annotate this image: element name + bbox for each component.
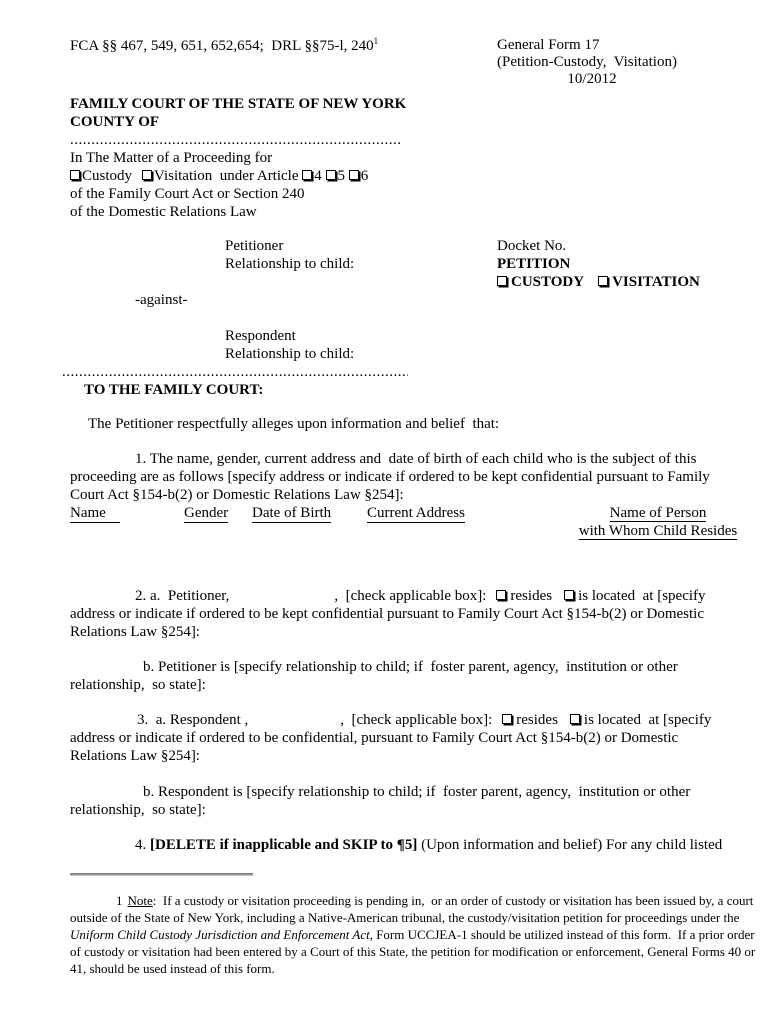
paragraph-1-line3: Court Act §154-b(2) or Domestic Relation… <box>70 486 738 504</box>
footnote-line2: outside of the State of New York, includ… <box>70 909 738 926</box>
petitioner-is-located-label: is located at [specify <box>578 588 705 604</box>
paragraph-3a-lead: 3. a. Respondent , <box>137 712 248 728</box>
petition-visitation-checkbox-icon[interactable] <box>598 276 608 286</box>
footnote-line1: 1Note: If a custody or visitation procee… <box>70 892 738 909</box>
paragraph-4-rest: (Upon information and belief) For any ch… <box>417 837 722 853</box>
footnote-reference: 1 <box>374 36 379 46</box>
custody-option-label: Custody <box>82 168 132 184</box>
paragraph-4-line1: 4. [DELETE if inapplicable and SKIP to ¶… <box>70 836 738 854</box>
visitation-checkbox-icon[interactable] <box>142 170 152 180</box>
footnote-note-label: Note <box>128 893 153 908</box>
child-table-header: Name Gender Date of Birth Current Addres… <box>70 504 738 540</box>
visitation-option-label: Visitation <box>154 168 212 184</box>
matter-line4: of the Domestic Relations Law <box>70 203 738 221</box>
against-label: -against- <box>135 291 187 309</box>
respondent-relationship-label: Relationship to child: <box>225 345 354 363</box>
paragraph-2a: 2. a. Petitioner,, [check applicable box… <box>70 587 738 641</box>
footnote-line1-rest: : If a custody or visitation proceeding … <box>153 893 754 908</box>
petitioner-is-located-checkbox-icon[interactable] <box>564 590 574 600</box>
paragraph-2a-lead: 2. a. Petitioner, <box>135 588 229 604</box>
article-6-checkbox-icon[interactable] <box>349 170 359 180</box>
petition-custody-checkbox-icon[interactable] <box>497 276 507 286</box>
form-identification: General Form 17 (Petition-Custody, Visit… <box>497 37 687 88</box>
paragraph-3a-line1: 3. a. Respondent ,, [check applicable bo… <box>70 711 738 729</box>
paragraph-2b: b. Petitioner is [specify relationship t… <box>70 658 738 694</box>
docket-no-label: Docket No. <box>497 237 566 255</box>
footnote-line3: Uniform Child Custody Jurisdiction and E… <box>70 926 738 943</box>
paragraph-3b-line1: b. Respondent is [specify relationship t… <box>70 783 738 801</box>
article-4-checkbox-icon[interactable] <box>302 170 312 180</box>
statute-citations-text: FCA §§ 467, 549, 651, 652,654; DRL §§75-… <box>70 38 374 54</box>
article-4-label: 4 <box>314 168 322 184</box>
footnote-line3-rest: Form UCCJEA-1 should be utilized instead… <box>373 927 755 942</box>
footnote-number: 1 <box>116 893 123 908</box>
custody-checkbox-icon[interactable] <box>70 170 80 180</box>
petition-custody-label: CUSTODY <box>511 274 584 290</box>
paragraph-4-bold-instruction: [DELETE if inapplicable and SKIP to ¶5] <box>150 837 417 853</box>
petitioner-resides-label: resides <box>510 588 552 604</box>
respondent-resides-label: resides <box>516 712 558 728</box>
form-subtitle: (Petition-Custody, Visitation) <box>497 54 687 71</box>
paragraph-2b-line1: b. Petitioner is [specify relationship t… <box>70 658 738 676</box>
footnote-divider <box>70 873 253 876</box>
footnote-act-title: Uniform Child Custody Jurisdiction and E… <box>70 927 373 942</box>
column-date-of-birth: Date of Birth <box>252 504 331 523</box>
petitioner-label: Petitioner <box>225 237 283 255</box>
paragraph-3a-after-blank: , [check applicable box]: <box>340 712 492 728</box>
form-content: FCA §§ 467, 549, 651, 652,654; DRL §§75-… <box>70 37 738 977</box>
petition-label: PETITION <box>497 255 570 273</box>
matter-line3: of the Family Court Act or Section 240 <box>70 185 738 203</box>
alleges-line: The Petitioner respectfully alleges upon… <box>88 415 738 433</box>
article-5-checkbox-icon[interactable] <box>326 170 336 180</box>
respondent-label: Respondent <box>225 327 296 345</box>
paragraph-1-line1: 1. The name, gender, current address and… <box>70 450 738 468</box>
paragraph-3b-line2: relationship, so state]: <box>70 801 738 819</box>
form-number: General Form 17 <box>497 37 687 54</box>
statute-citations: FCA §§ 467, 549, 651, 652,654; DRL §§75-… <box>70 37 378 55</box>
paragraph-3a-line3: Relations Law §254]: <box>70 747 738 765</box>
caption-block: Petitioner Relationship to child: Docket… <box>70 237 738 363</box>
article-5-label: 5 <box>338 168 346 184</box>
matter-intro: In The Matter of a Proceeding for <box>70 149 738 167</box>
under-article-label: under Article <box>212 168 302 184</box>
footnote-line4: of custody or visitation had been entere… <box>70 943 738 960</box>
paragraph-2a-line2: address or indicate if ordered to be kep… <box>70 605 738 623</box>
dotted-divider-top: ........................................… <box>70 131 400 149</box>
form-header: FCA §§ 467, 549, 651, 652,654; DRL §§75-… <box>70 37 738 91</box>
column-name: Name <box>70 504 120 523</box>
form-date: 10/2012 <box>497 71 687 88</box>
court-title-line2: COUNTY OF <box>70 113 738 131</box>
petition-type-line: CUSTODYVISITATION <box>497 273 700 291</box>
paragraph-2a-line1: 2. a. Petitioner,, [check applicable box… <box>70 587 738 605</box>
petition-visitation-label: VISITATION <box>612 274 700 290</box>
petitioner-resides-checkbox-icon[interactable] <box>496 590 506 600</box>
column-current-address: Current Address <box>367 504 465 523</box>
footnote-block: 1Note: If a custody or visitation procee… <box>70 892 738 977</box>
paragraph-4-number: 4. <box>135 837 150 853</box>
paragraph-4: 4. [DELETE if inapplicable and SKIP to ¶… <box>70 836 738 854</box>
paragraph-1: 1. The name, gender, current address and… <box>70 450 738 504</box>
respondent-is-located-label: is located at [specify <box>584 712 711 728</box>
footnote-line5: 41, should be used instead of this form. <box>70 960 738 977</box>
respondent-is-located-checkbox-icon[interactable] <box>570 714 580 724</box>
article-6-label: 6 <box>361 168 369 184</box>
paragraph-2a-line3: Relations Law §254]: <box>70 623 738 641</box>
paragraph-2b-line2: relationship, so state]: <box>70 676 738 694</box>
matter-options-line: CustodyVisitation under Article 4 5 6 <box>70 167 738 185</box>
column-person-line1: Name of Person <box>610 505 707 522</box>
paragraph-3b: b. Respondent is [specify relationship t… <box>70 783 738 819</box>
court-title-line1: FAMILY COURT OF THE STATE OF NEW YORK <box>70 95 738 113</box>
paragraph-3a: 3. a. Respondent ,, [check applicable bo… <box>70 711 738 765</box>
salutation: TO THE FAMILY COURT: <box>84 381 738 399</box>
matter-block: In The Matter of a Proceeding for Custod… <box>70 149 738 221</box>
column-gender: Gender <box>184 504 228 523</box>
respondent-resides-checkbox-icon[interactable] <box>502 714 512 724</box>
paragraph-3a-line2: address or indicate if ordered to be con… <box>70 729 738 747</box>
paragraph-1-line2: proceeding are as follows [specify addre… <box>70 468 738 486</box>
form-page: FCA §§ 467, 549, 651, 652,654; DRL §§75-… <box>0 0 770 1024</box>
column-person-line2: with Whom Child Resides <box>579 523 737 540</box>
dotted-divider-bottom: ........................................… <box>62 363 408 381</box>
court-title: FAMILY COURT OF THE STATE OF NEW YORK CO… <box>70 95 738 131</box>
column-person-resides: Name of Person with Whom Child Resides <box>570 504 746 540</box>
petitioner-relationship-label: Relationship to child: <box>225 255 354 273</box>
paragraph-2a-after-blank: , [check applicable box]: <box>334 588 486 604</box>
